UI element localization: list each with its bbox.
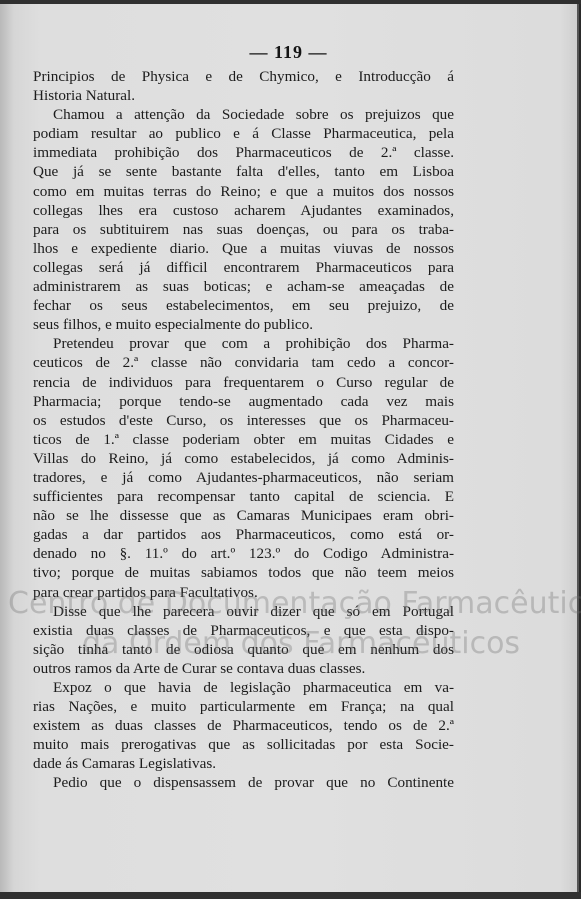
text-line: outros ramos da Arte de Curar se contava… [33,659,454,678]
text-line: para crear partidos para Facultativos. [33,583,454,602]
text-line: Principios de Physica e de Chymico, e In… [33,67,454,86]
text-line: Pretendeu provar que com a prohibição do… [33,334,454,353]
text-line: para os subtituirem nas suas doenças, ou… [33,220,454,239]
text-line: não se lhe dissesse que as Camaras Munic… [33,506,454,525]
text-line: Historia Natural. [33,86,454,105]
text-line: tradores, e já como Ajudantes-pharmaceut… [33,468,454,487]
text-line: sição tinha tanto de odiosa quanto que e… [33,640,454,659]
text-line: Pharmacia; porque tendo-se augmentado ca… [33,392,454,411]
text-line: ticos de 1.ª classe poderiam obter em mu… [33,430,454,449]
text-line: rencia de individuos para frequentarem o… [33,373,454,392]
text-line: administrarem as suas boticas; e acham-s… [33,277,454,296]
text-line: ceuticos de 2.ª classe não convidaria ta… [33,353,454,372]
text-line: como em muitas terras do Reino; e que a … [33,182,454,201]
text-line: Villas do Reino, já como estabelecidos, … [33,449,454,468]
text-line: podiam resultar ao publico e á Classe Ph… [33,124,454,143]
text-line: Expoz o que havia de legislação pharmace… [33,678,454,697]
text-line: os estudos d'este Curso, os interesses q… [33,411,454,430]
page-number: — 119 — [0,42,577,63]
text-line: fechar os seus estabelecimentos, em seu … [33,296,454,315]
text-line: collegas lhes era custoso acharem Ajudan… [33,201,454,220]
text-line: Pedio que o dispensassem de provar que n… [33,773,454,792]
text-line: Que já se sente bastante falta d'elles, … [33,162,454,181]
text-line: collegas será já difficil encontrarem Ph… [33,258,454,277]
text-line: Chamou a attenção da Sociedade sobre os … [33,105,454,124]
text-line: lhos e expediente diario. Que a muitas v… [33,239,454,258]
text-line: existia duas classes de Pharmaceuticos, … [33,621,454,640]
text-line: muito mais prerogativas que as sollicita… [33,735,454,754]
text-line: dade ás Camaras Legislativas. [33,754,454,773]
text-line: immediata prohibição dos Pharmaceuticos … [33,143,454,162]
book-page: — 119 — Principios de Physica e de Chymi… [0,4,579,892]
text-line: gadas a dar partidos aos Pharmaceuticos,… [33,525,454,544]
text-line: existem as duas classes de Pharmaceutico… [33,716,454,735]
text-line: tivo; porque de muitas sabiamos todos qu… [33,563,454,582]
scan-bottom-edge [0,892,581,899]
body-text: Principios de Physica e de Chymico, e In… [33,67,454,793]
text-line: seus filhos, e muito especialmente do pu… [33,315,454,334]
text-line: rias Nações, e muito particularmente em … [33,697,454,716]
text-line: Disse que lhe parecera ouvir dizer que s… [33,602,454,621]
text-line: denado no §. 11.º do art.º 123.º do Codi… [33,544,454,563]
text-line: sufficientes para recompensar tanto capi… [33,487,454,506]
